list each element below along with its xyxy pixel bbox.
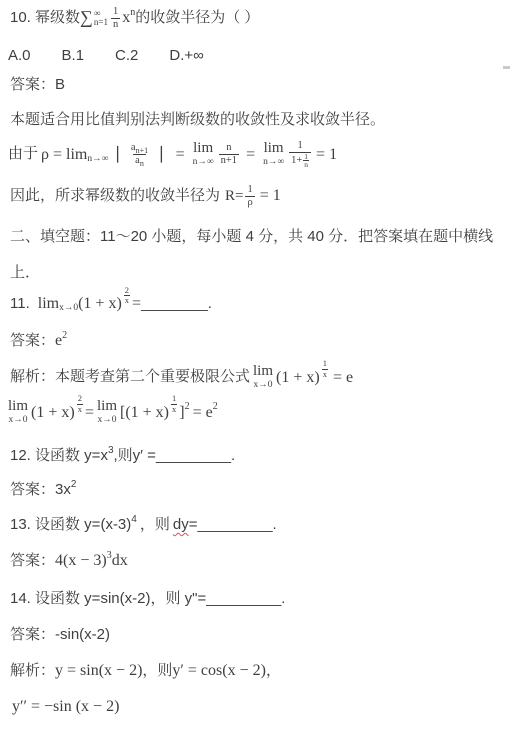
question-13-mid: ，则	[140, 516, 170, 534]
ratio-denominator: an	[133, 154, 146, 167]
fraction-numerator: 1	[111, 6, 120, 18]
power-exponent: 3	[108, 445, 114, 457]
question-10-answer: 答案：B	[10, 76, 65, 94]
exponent-fraction: 1 x	[171, 394, 177, 414]
expression: (1 + x)	[276, 368, 320, 387]
question-14-lead: 14. 设函数 y=sin(x-2)，则 y"=	[10, 590, 206, 608]
abs-bar-left: ∣	[113, 144, 122, 164]
one-over-rho: 1 ρ	[245, 184, 254, 208]
ratio-numerator: an+1	[129, 142, 150, 154]
summation-limits: ∞ n=1	[94, 9, 108, 28]
section-2-heading-wrap: 上．	[10, 264, 40, 282]
analysis-expression-a: y = sin(x − 2)	[55, 661, 142, 680]
abs-bar-right: ∣	[157, 144, 166, 164]
lim-word: lim	[264, 141, 284, 156]
second-derivative-expression: y′′ = −sin (x − 2)	[12, 697, 119, 716]
option-b: B.1	[62, 47, 85, 65]
section-heading-text: 上．	[10, 264, 40, 282]
dy-term-misspell-underline: dy	[173, 516, 189, 534]
answer-text: 答案：-sin(x-2)	[10, 626, 110, 644]
lim-word: lim	[193, 141, 213, 156]
question-13-stem: 13. 设函数 y=(x-3) 4 ，则 dy = _________.	[10, 516, 277, 534]
document-page: { "page": { "text_color": "#3f3f3f", "wa…	[0, 0, 511, 732]
derivation-lead: 由于	[8, 145, 38, 163]
question-11-answer: 答案： e 2	[10, 331, 67, 350]
note-text: 本题适合用比值判别法判断级数的收敛性及求收敛半径。	[10, 111, 385, 129]
section-2-heading: 二、填空题：11～20 小题，每小题 4 分，共 40 分．把答案填在题中横线	[10, 228, 493, 246]
limit-block: lim x→0	[253, 364, 273, 391]
option-a: A.0	[8, 47, 31, 65]
exponent-denominator: x	[124, 295, 130, 305]
fraction-denominator: n	[111, 18, 120, 31]
lim-under: x→0	[254, 381, 273, 391]
question-14-analysis-line2: y′′ = −sin (x − 2)	[12, 697, 119, 716]
lim-subscript: x→0	[59, 303, 78, 314]
question-10-tail: 的收敛半径为（ ）	[135, 9, 259, 27]
question-12-mid: ,则y′ =	[114, 447, 156, 465]
bracket-exponent: 2	[185, 401, 190, 413]
exponent-fraction: 2 x	[124, 286, 130, 306]
result-value: = 1	[260, 186, 281, 205]
exponent-fraction: 2 x	[77, 394, 83, 414]
answer-exponent: 2	[71, 479, 77, 491]
exponent-numerator: 2	[124, 286, 130, 295]
power-term-base: x	[122, 8, 130, 27]
analysis-lead: 解析：本题考查第二个重要极限公式	[10, 368, 250, 386]
power-term-exponent: n	[130, 7, 135, 19]
fraction-numerator: 1	[295, 140, 304, 152]
option-d: D.+∞	[169, 47, 203, 65]
fraction-denominator: n+1	[219, 154, 239, 167]
question-10-derivation: 由于 ρ = lim n→∞ ∣ an+1 an ∣ = lim n→∞ n n…	[8, 140, 337, 169]
ratio-num-sub: n+1	[136, 146, 149, 155]
question-14-answer: 答案：-sin(x-2)	[10, 626, 110, 644]
question-10-note: 本题适合用比值判别法判断级数的收敛性及求收敛半径。	[10, 111, 385, 129]
fraction-numerator: n	[224, 142, 233, 154]
blank-line: _________.	[156, 447, 235, 465]
equals-sign: =	[85, 403, 94, 422]
analysis-mid: ，则	[142, 662, 172, 680]
n-over-n-plus-1: n n+1	[219, 142, 239, 166]
question-14-stem: 14. 设函数 y=sin(x-2)，则 y"= _________.	[10, 590, 285, 608]
ratio-fraction: an+1 an	[129, 142, 150, 166]
question-13-answer: 答案： 4(x − 3) 3 dx	[10, 551, 128, 570]
question-10-lead: 10. 幂级数	[10, 9, 80, 27]
lim-word: lim	[38, 294, 59, 313]
ratio-num-base: a	[131, 142, 136, 153]
exponent-fraction: 1 x	[322, 359, 328, 379]
expression: (1 + x)	[78, 294, 122, 313]
summation-lower: n=1	[94, 18, 108, 27]
question-12-lead: 12. 设函数 y=x	[10, 447, 108, 465]
equals-sign: =	[176, 145, 185, 164]
nested-numerator: 1	[303, 153, 309, 161]
lim-under: n→∞	[193, 158, 214, 168]
option-c: C.2	[115, 47, 138, 65]
lim-word: lim	[253, 364, 273, 379]
limit-block: lim x→0	[8, 399, 28, 426]
blank-line: _________.	[197, 516, 276, 534]
analysis-tail: ，	[266, 662, 281, 680]
answer-label: 答案：	[10, 552, 55, 570]
lim-word: lim	[97, 399, 117, 414]
equals-sign: =	[132, 294, 141, 313]
exponent-denominator: x	[77, 404, 83, 414]
lim-under: x→0	[97, 416, 116, 426]
analysis-label: 解析：	[10, 662, 55, 680]
question-10-options: A.0 B.1 C.2 D.+∞	[8, 47, 235, 65]
exponent-denominator: x	[171, 404, 177, 414]
answer-label: 答案：3x	[10, 481, 71, 499]
answer-text: 答案：B	[10, 76, 65, 94]
lim-word: lim	[8, 399, 28, 414]
ratio-den-sub: n	[140, 159, 144, 168]
nested-denominator: n	[303, 160, 309, 169]
nested-fraction: 1n	[303, 153, 309, 169]
limit-block: lim x→0	[97, 399, 117, 426]
rho-equals-lim: ρ = lim	[41, 145, 87, 164]
power-exponent: 4	[131, 514, 137, 526]
result-value: = 1	[316, 145, 337, 164]
answer-base: e	[55, 331, 62, 350]
question-14-analysis: 解析： y = sin(x − 2) ，则 y′ = cos(x − 2) ，	[10, 661, 281, 680]
fraction-denominator: 1+1n	[289, 152, 311, 169]
equals-sign: =	[246, 145, 255, 164]
answer-exponent: 2	[62, 330, 67, 342]
blank-line: ________.	[141, 295, 212, 313]
section-heading-text: 二、填空题：11～20 小题，每小题 4 分，共 40 分．把答案填在题中横线	[10, 228, 493, 246]
question-11-analysis-derivation: lim x→0 (1 + x) 2 x = lim x→0 [(1 + x) 1…	[8, 399, 218, 426]
equals-e: = e	[193, 403, 213, 422]
answer-exponent: 2	[213, 401, 218, 413]
answer-label: 答案：	[10, 332, 55, 350]
edge-artifact-mark	[503, 66, 510, 69]
answer-dx: dx	[112, 551, 128, 570]
summation-symbol: ∑	[80, 7, 93, 29]
exponent-numerator: 2	[77, 394, 83, 403]
one-over-nested: 1 1+1n	[289, 140, 311, 169]
conclusion-lead: 因此，所求幂级数的收敛半径为	[10, 187, 220, 205]
analysis-expression-b: y′ = cos(x − 2)	[172, 661, 266, 680]
fraction-denominator: ρ	[245, 196, 254, 209]
question-12-stem: 12. 设函数 y=x 3 ,则y′ = _________.	[10, 447, 235, 465]
lim-under: x→0	[9, 416, 28, 426]
question-12-answer: 答案：3x 2	[10, 481, 76, 499]
expression: (1 + x)	[31, 403, 75, 422]
radius-equals: R=	[225, 187, 243, 205]
den-lead: 1+	[291, 155, 302, 167]
equals-e: = e	[333, 368, 353, 387]
question-11-analysis: 解析：本题考查第二个重要极限公式 lim x→0 (1 + x) 1 x = e	[10, 364, 353, 391]
exponent-denominator: x	[322, 369, 328, 379]
answer-expression: 4(x − 3)	[55, 551, 107, 570]
exponent-numerator: 1	[171, 394, 177, 403]
question-11-stem: 11. lim x→0 (1 + x) 2 x = ________.	[10, 294, 212, 314]
coefficient-fraction: 1 n	[111, 6, 120, 30]
lim-subscript: n→∞	[87, 154, 108, 165]
limit-block: lim n→∞	[193, 141, 214, 168]
expression: [(1 + x)	[120, 403, 169, 422]
question-13-lead: 13. 设函数 y=(x-3)	[10, 516, 131, 534]
fraction-numerator: 1	[245, 184, 254, 196]
answer-exponent: 3	[107, 550, 112, 562]
limit-block: lim n→∞	[263, 141, 284, 168]
lim-under: n→∞	[263, 158, 284, 168]
exponent-numerator: 1	[322, 359, 328, 368]
question-11-number: 11.	[10, 295, 30, 313]
blank-line: _________.	[206, 590, 285, 608]
question-10-stem: 10. 幂级数 ∑ ∞ n=1 1 n x n 的收敛半径为（ ）	[10, 6, 259, 30]
question-10-conclusion: 因此，所求幂级数的收敛半径为 R= 1 ρ = 1	[10, 184, 281, 208]
